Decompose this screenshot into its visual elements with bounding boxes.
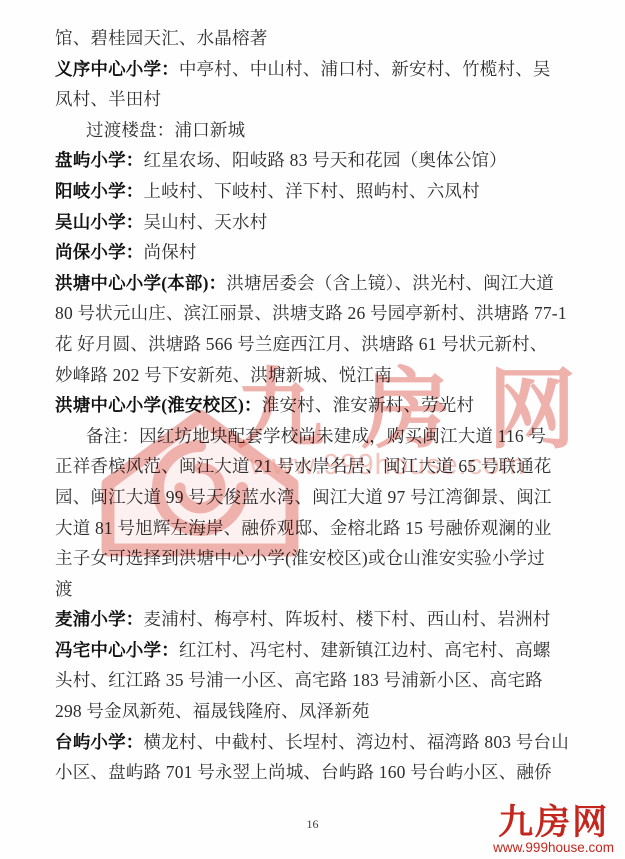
line-text: 80 号状元山庄、滨江丽景、洪塘支路 26 号园亭新村、洪塘路 77-1 <box>55 303 567 323</box>
text-line: 台屿小学：横龙村、中截村、长埕村、湾边村、福湾路 803 号台山 <box>55 727 580 758</box>
line-text: 中亭村、中山村、浦口村、新安村、竹榄村、吴 <box>179 59 551 79</box>
line-text: 淮安村、淮安新村、劳光村 <box>262 395 474 415</box>
school-name: 尚保小学： <box>55 242 144 262</box>
text-line: 过渡楼盘：浦口新城 <box>55 115 580 146</box>
line-text: 小区、盘屿路 701 号永翌上尚城、台屿路 160 号台屿小区、融侨 <box>55 762 552 782</box>
line-text: 麦浦村、梅亭村、阵坂村、楼下村、西山村、岩洲村 <box>144 609 551 629</box>
school-name: 冯宅中心小学： <box>55 640 179 660</box>
school-district-list: 馆、碧桂园天汇、水晶榕著义序中心小学：中亭村、中山村、浦口村、新安村、竹榄村、吴… <box>55 23 580 788</box>
text-line: 洪塘中心小学(淮安校区)：淮安村、淮安新村、劳光村 <box>55 390 580 421</box>
school-name: 麦浦小学： <box>55 609 144 629</box>
school-name: 义序中心小学： <box>55 59 179 79</box>
line-text: 横龙村、中截村、长埕村、湾边村、福湾路 803 号台山 <box>144 732 569 752</box>
text-line: 80 号状元山庄、滨江丽景、洪塘支路 26 号园亭新村、洪塘路 77-1 <box>55 298 580 329</box>
line-text: 渡 <box>55 579 73 599</box>
line-text: 尚保村 <box>144 242 197 262</box>
site-logo: 九房网 www.999house.com <box>493 805 614 855</box>
text-line: 吴山小学：吴山村、天水村 <box>55 207 580 238</box>
line-text: 上岐村、下岐村、洋下村、照屿村、六凤村 <box>144 181 480 201</box>
text-line: 冯宅中心小学：红江村、冯宅村、建新镇江边村、高宅村、高螺 <box>55 635 580 666</box>
line-text: 红江村、冯宅村、建新镇江边村、高宅村、高螺 <box>179 640 551 660</box>
text-line: 阳岐小学：上岐村、下岐村、洋下村、照屿村、六凤村 <box>55 176 580 207</box>
text-line: 花 好月圆、洪塘路 566 号兰庭西江月、洪塘路 61 号状元新村、 <box>55 329 580 360</box>
text-line: 渡 <box>55 574 580 605</box>
text-line: 298 号金凤新苑、福晟钱隆府、凤泽新苑 <box>55 696 580 727</box>
site-logo-url: www.999house.com <box>493 841 614 855</box>
line-text: 头村、红江路 35 号浦一小区、高宅路 183 号浦新小区、高宅路 <box>55 670 543 690</box>
line-text: 洪塘居委会（含上镜）、洪光村、闽江大道 <box>226 273 554 293</box>
school-name: 吴山小学： <box>55 212 144 232</box>
text-line: 头村、红江路 35 号浦一小区、高宅路 183 号浦新小区、高宅路 <box>55 665 580 696</box>
text-line: 麦浦小学：麦浦村、梅亭村、阵坂村、楼下村、西山村、岩洲村 <box>55 604 580 635</box>
line-text: 主子女可选择到洪塘中心小学(淮安校区)或仓山淮安实验小学过 <box>55 548 545 568</box>
text-line: 馆、碧桂园天汇、水晶榕著 <box>55 23 580 54</box>
line-text: 吴山村、天水村 <box>144 212 268 232</box>
document-page: 馆、碧桂园天汇、水晶榕著义序中心小学：中亭村、中山村、浦口村、新安村、竹榄村、吴… <box>0 0 625 859</box>
text-line: 义序中心小学：中亭村、中山村、浦口村、新安村、竹榄村、吴 <box>55 54 580 85</box>
school-name: 阳岐小学： <box>55 181 144 201</box>
text-line: 备注：因红坊地块配套学校尚未建成，购买闽江大道 116 号 <box>55 421 580 452</box>
line-text: 花 好月圆、洪塘路 566 号兰庭西江月、洪塘路 61 号状元新村、 <box>55 334 547 354</box>
school-name: 洪塘中心小学(本部)： <box>55 273 226 293</box>
text-line: 园、闽江大道 99 号天俊蓝水湾、闽江大道 97 号江湾御景、闽江 <box>55 482 580 513</box>
text-line: 妙峰路 202 号下安新苑、洪塘新城、悦江南 <box>55 360 580 391</box>
line-text: 馆、碧桂园天汇、水晶榕著 <box>55 28 267 48</box>
school-name: 台屿小学： <box>55 732 144 752</box>
line-text: 凤村、半田村 <box>55 89 161 109</box>
line-text: 备注：因红坊地块配套学校尚未建成，购买闽江大道 116 号 <box>86 426 546 446</box>
text-line: 盘屿小学：红星农场、阳岐路 83 号天和花园（奥体公馆） <box>55 145 580 176</box>
text-line: 大道 81 号旭辉左海岸、融侨观邸、金榕北路 15 号融侨观澜的业 <box>55 513 580 544</box>
text-line: 小区、盘屿路 701 号永翌上尚城、台屿路 160 号台屿小区、融侨 <box>55 757 580 788</box>
text-line: 尚保小学：尚保村 <box>55 237 580 268</box>
line-text: 大道 81 号旭辉左海岸、融侨观邸、金榕北路 15 号融侨观澜的业 <box>55 518 552 538</box>
line-text: 妙峰路 202 号下安新苑、洪塘新城、悦江南 <box>55 365 392 385</box>
text-line: 正祥香槟风范、闽江大道 21 号水岸名居、闽江大道 65 号联通花 <box>55 451 580 482</box>
school-name: 洪塘中心小学(淮安校区)： <box>55 395 262 415</box>
text-line: 主子女可选择到洪塘中心小学(淮安校区)或仓山淮安实验小学过 <box>55 543 580 574</box>
school-name: 盘屿小学： <box>55 150 144 170</box>
text-line: 凤村、半田村 <box>55 84 580 115</box>
line-text: 正祥香槟风范、闽江大道 21 号水岸名居、闽江大道 65 号联通花 <box>55 456 552 476</box>
site-logo-brand: 九房网 <box>493 805 614 841</box>
line-text: 过渡楼盘：浦口新城 <box>86 120 245 140</box>
line-text: 园、闽江大道 99 号天俊蓝水湾、闽江大道 97 号江湾御景、闽江 <box>55 487 552 507</box>
line-text: 红星农场、阳岐路 83 号天和花园（奥体公馆） <box>144 150 507 170</box>
line-text: 298 号金凤新苑、福晟钱隆府、凤泽新苑 <box>55 701 370 721</box>
text-line: 洪塘中心小学(本部)：洪塘居委会（含上镜）、洪光村、闽江大道 <box>55 268 580 299</box>
